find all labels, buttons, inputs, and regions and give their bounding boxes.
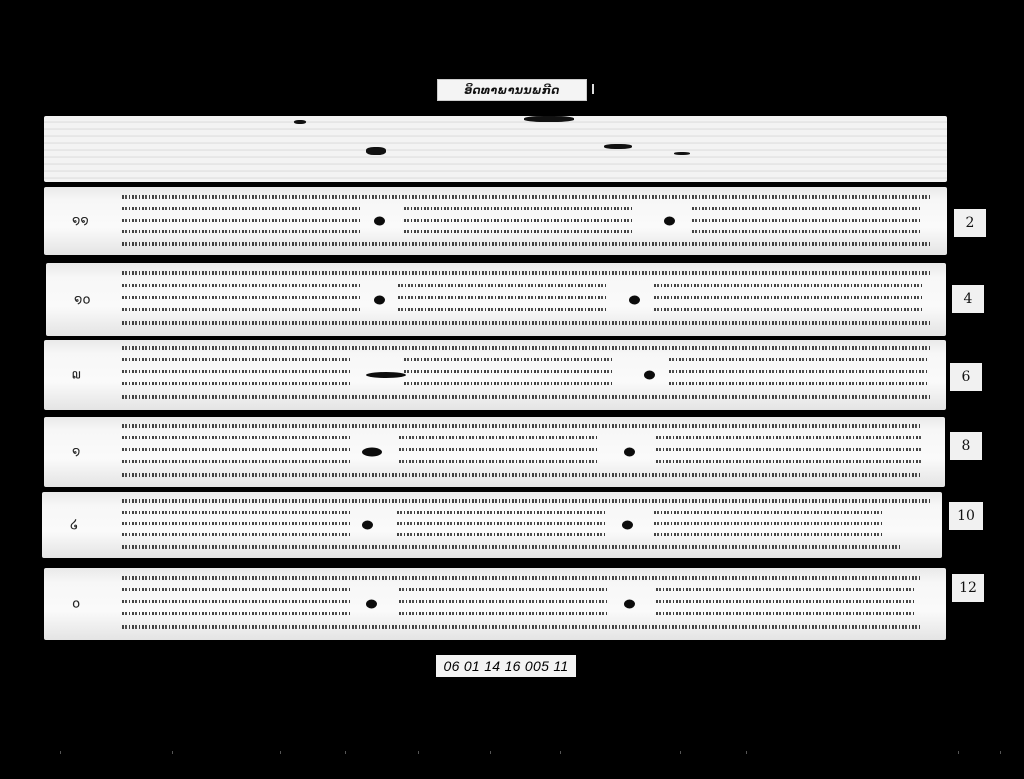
title-edge-mark [592,84,594,94]
manuscript-title-label: ອິດທາພານນພກີດ [437,79,587,101]
script-line [122,207,362,210]
script-line [692,219,922,222]
script-line [122,271,932,275]
script-line [122,545,902,549]
binding-hole [629,295,640,304]
palm-leaf-1: ໑໑ [44,187,947,255]
script-line [404,358,614,361]
script-line [399,600,609,603]
palm-leaf-5: ໒ [42,492,942,558]
script-line [122,436,352,439]
binding-hole [362,448,382,457]
script-line [399,448,599,451]
leaf-number: ໑໐ [74,292,91,307]
script-line [122,612,352,615]
script-line [122,346,932,350]
binding-hole [664,217,675,226]
script-line [122,321,932,325]
binding-hole [366,372,406,378]
script-line [122,499,932,503]
film-edge-speck [1000,751,1001,754]
page-label-2: 2 [954,209,986,237]
film-edge-speck [345,751,346,754]
film-edge-speck [60,751,61,754]
script-line [122,395,932,399]
stain-mark [294,120,306,124]
script-line [122,460,352,463]
film-edge-speck [490,751,491,754]
script-line [122,448,352,451]
script-line [122,576,922,580]
page-label-6: 6 [950,363,982,391]
script-line [399,436,599,439]
page-label-12: 12 [952,574,984,602]
script-line [122,473,922,477]
script-line [122,625,922,629]
script-line [122,533,352,536]
script-line [656,448,921,451]
script-line [122,284,362,287]
script-line [122,370,352,373]
script-line [398,296,608,299]
binding-hole [374,295,385,304]
script-line [397,522,607,525]
palm-leaf-2: ໑໐ [46,263,946,336]
script-line [669,358,929,361]
binding-hole [366,600,377,609]
film-edge-speck [418,751,419,754]
script-line [122,230,362,233]
script-line [656,460,921,463]
film-edge-speck [280,751,281,754]
script-line [656,612,916,615]
script-line [399,588,609,591]
leaf-number: ໙ [72,368,81,383]
binding-hole [644,371,655,380]
leaf-number: ໑໑ [72,214,89,229]
script-line [692,207,922,210]
script-line [656,436,921,439]
script-line [669,370,929,373]
palm-leaf-3: ໙ [44,340,946,410]
script-line [122,219,362,222]
binding-hole [624,448,635,457]
script-line [398,308,608,311]
script-line [398,284,608,287]
stain-mark [366,147,386,155]
leaf-number: ໐ [72,597,80,612]
script-line [654,511,884,514]
script-line [122,511,352,514]
script-line [654,296,924,299]
script-line [122,588,352,591]
binding-hole [374,217,385,226]
script-line [654,308,924,311]
script-line [399,612,609,615]
leaf-number: ໒ [70,518,78,533]
film-edge-speck [958,751,959,754]
script-line [404,370,614,373]
script-line [122,522,352,525]
script-line [122,600,352,603]
script-line [122,242,932,246]
script-line [122,424,922,428]
script-line [656,588,916,591]
script-line [654,522,884,525]
script-line [397,533,607,536]
binding-hole [362,521,373,530]
stain-mark [524,116,574,122]
script-line [404,207,634,210]
script-line [654,533,884,536]
script-line [656,600,916,603]
film-edge-speck [172,751,173,754]
film-edge-speck [746,751,747,754]
film-edge-speck [560,751,561,754]
script-line [122,382,352,385]
stain-mark [604,144,632,149]
script-line [122,195,932,199]
binding-hole [622,521,633,530]
palm-leaf-cover [44,116,947,182]
script-line [404,230,634,233]
script-line [404,382,614,385]
script-line [692,230,922,233]
page-label-4: 4 [952,285,984,313]
script-line [122,358,352,361]
catalog-id-label: 06 01 14 16 005 11 [436,655,576,677]
page-label-8: 8 [950,432,982,460]
script-line [122,296,362,299]
page-label-10: 10 [949,502,983,530]
leaf-number: ໑ [72,445,80,460]
script-line [122,308,362,311]
script-line [669,382,929,385]
binding-hole [624,600,635,609]
palm-leaf-6: ໐ [44,568,946,640]
palm-leaf-4: ໑ [44,417,945,487]
script-line [399,460,599,463]
film-edge-speck [680,751,681,754]
script-line [654,284,924,287]
script-line [397,511,607,514]
script-line [404,219,634,222]
stain-mark [674,152,690,155]
